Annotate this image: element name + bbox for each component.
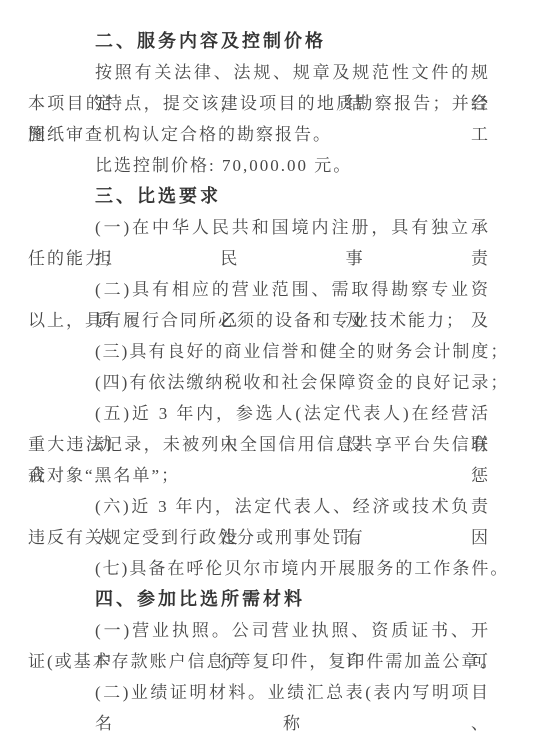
- document-page: 二、服务内容及控制价格 按照有关法律、法规、规章及规范性文件的规定，结合 本项目…: [0, 0, 541, 746]
- material-2-line-1: (二)业绩证明材料。业绩汇总表(表内写明项目名称、: [28, 677, 490, 708]
- document-content: 二、服务内容及控制价格 按照有关法律、法规、规章及规范性文件的规定，结合 本项目…: [28, 26, 490, 708]
- material-1-line-1: (一)营业执照。公司营业执照、资质证书、开户行许可: [28, 615, 490, 646]
- heading-required-materials: 四、参加比选所需材料: [28, 584, 490, 615]
- requirement-1-line-1: (一)在中华人民共和国境内注册，具有独立承担民事责: [28, 212, 490, 243]
- control-price-line: 比选控制价格: 70,000.00 元。: [28, 150, 490, 181]
- requirement-7-line: (七)具备在呼伦贝尔市境内开展服务的工作条件。: [28, 553, 490, 584]
- heading-service-content-and-control-price: 二、服务内容及控制价格: [28, 26, 490, 57]
- requirement-5-line-1: (五)近 3 年内，参选人(法定代表人)在经营活动中没有: [28, 398, 490, 429]
- requirement-4-line: (四)有依法缴纳税收和社会保障资金的良好记录；: [28, 367, 490, 398]
- requirement-3-line: (三)具有良好的商业信誉和健全的财务会计制度；: [28, 336, 490, 367]
- requirement-6-line-1: (六)近 3 年内，法定代表人、经济或技术负责人没有因: [28, 491, 490, 522]
- service-description-line-2: 本项目的特点，提交该建设项目的地质勘察报告；并经施工: [28, 88, 490, 119]
- heading-selection-requirements: 三、比选要求: [28, 181, 490, 212]
- requirement-2-line-2: 以上，具有履行合同所必须的设备和专业技术能力；: [28, 305, 490, 336]
- requirement-2-line-1: (二)具有相应的营业范围、需取得勘察专业资质乙及及: [28, 274, 490, 305]
- requirement-5-line-2: 重大违法记录，未被列入全国信用信息共享平台失信联合惩: [28, 429, 490, 460]
- service-description-line-1: 按照有关法律、法规、规章及规范性文件的规定，结合: [28, 57, 490, 88]
- material-1-line-2: 证(或基本存款账户信息)等复印件，复印件需加盖公章。: [28, 646, 490, 677]
